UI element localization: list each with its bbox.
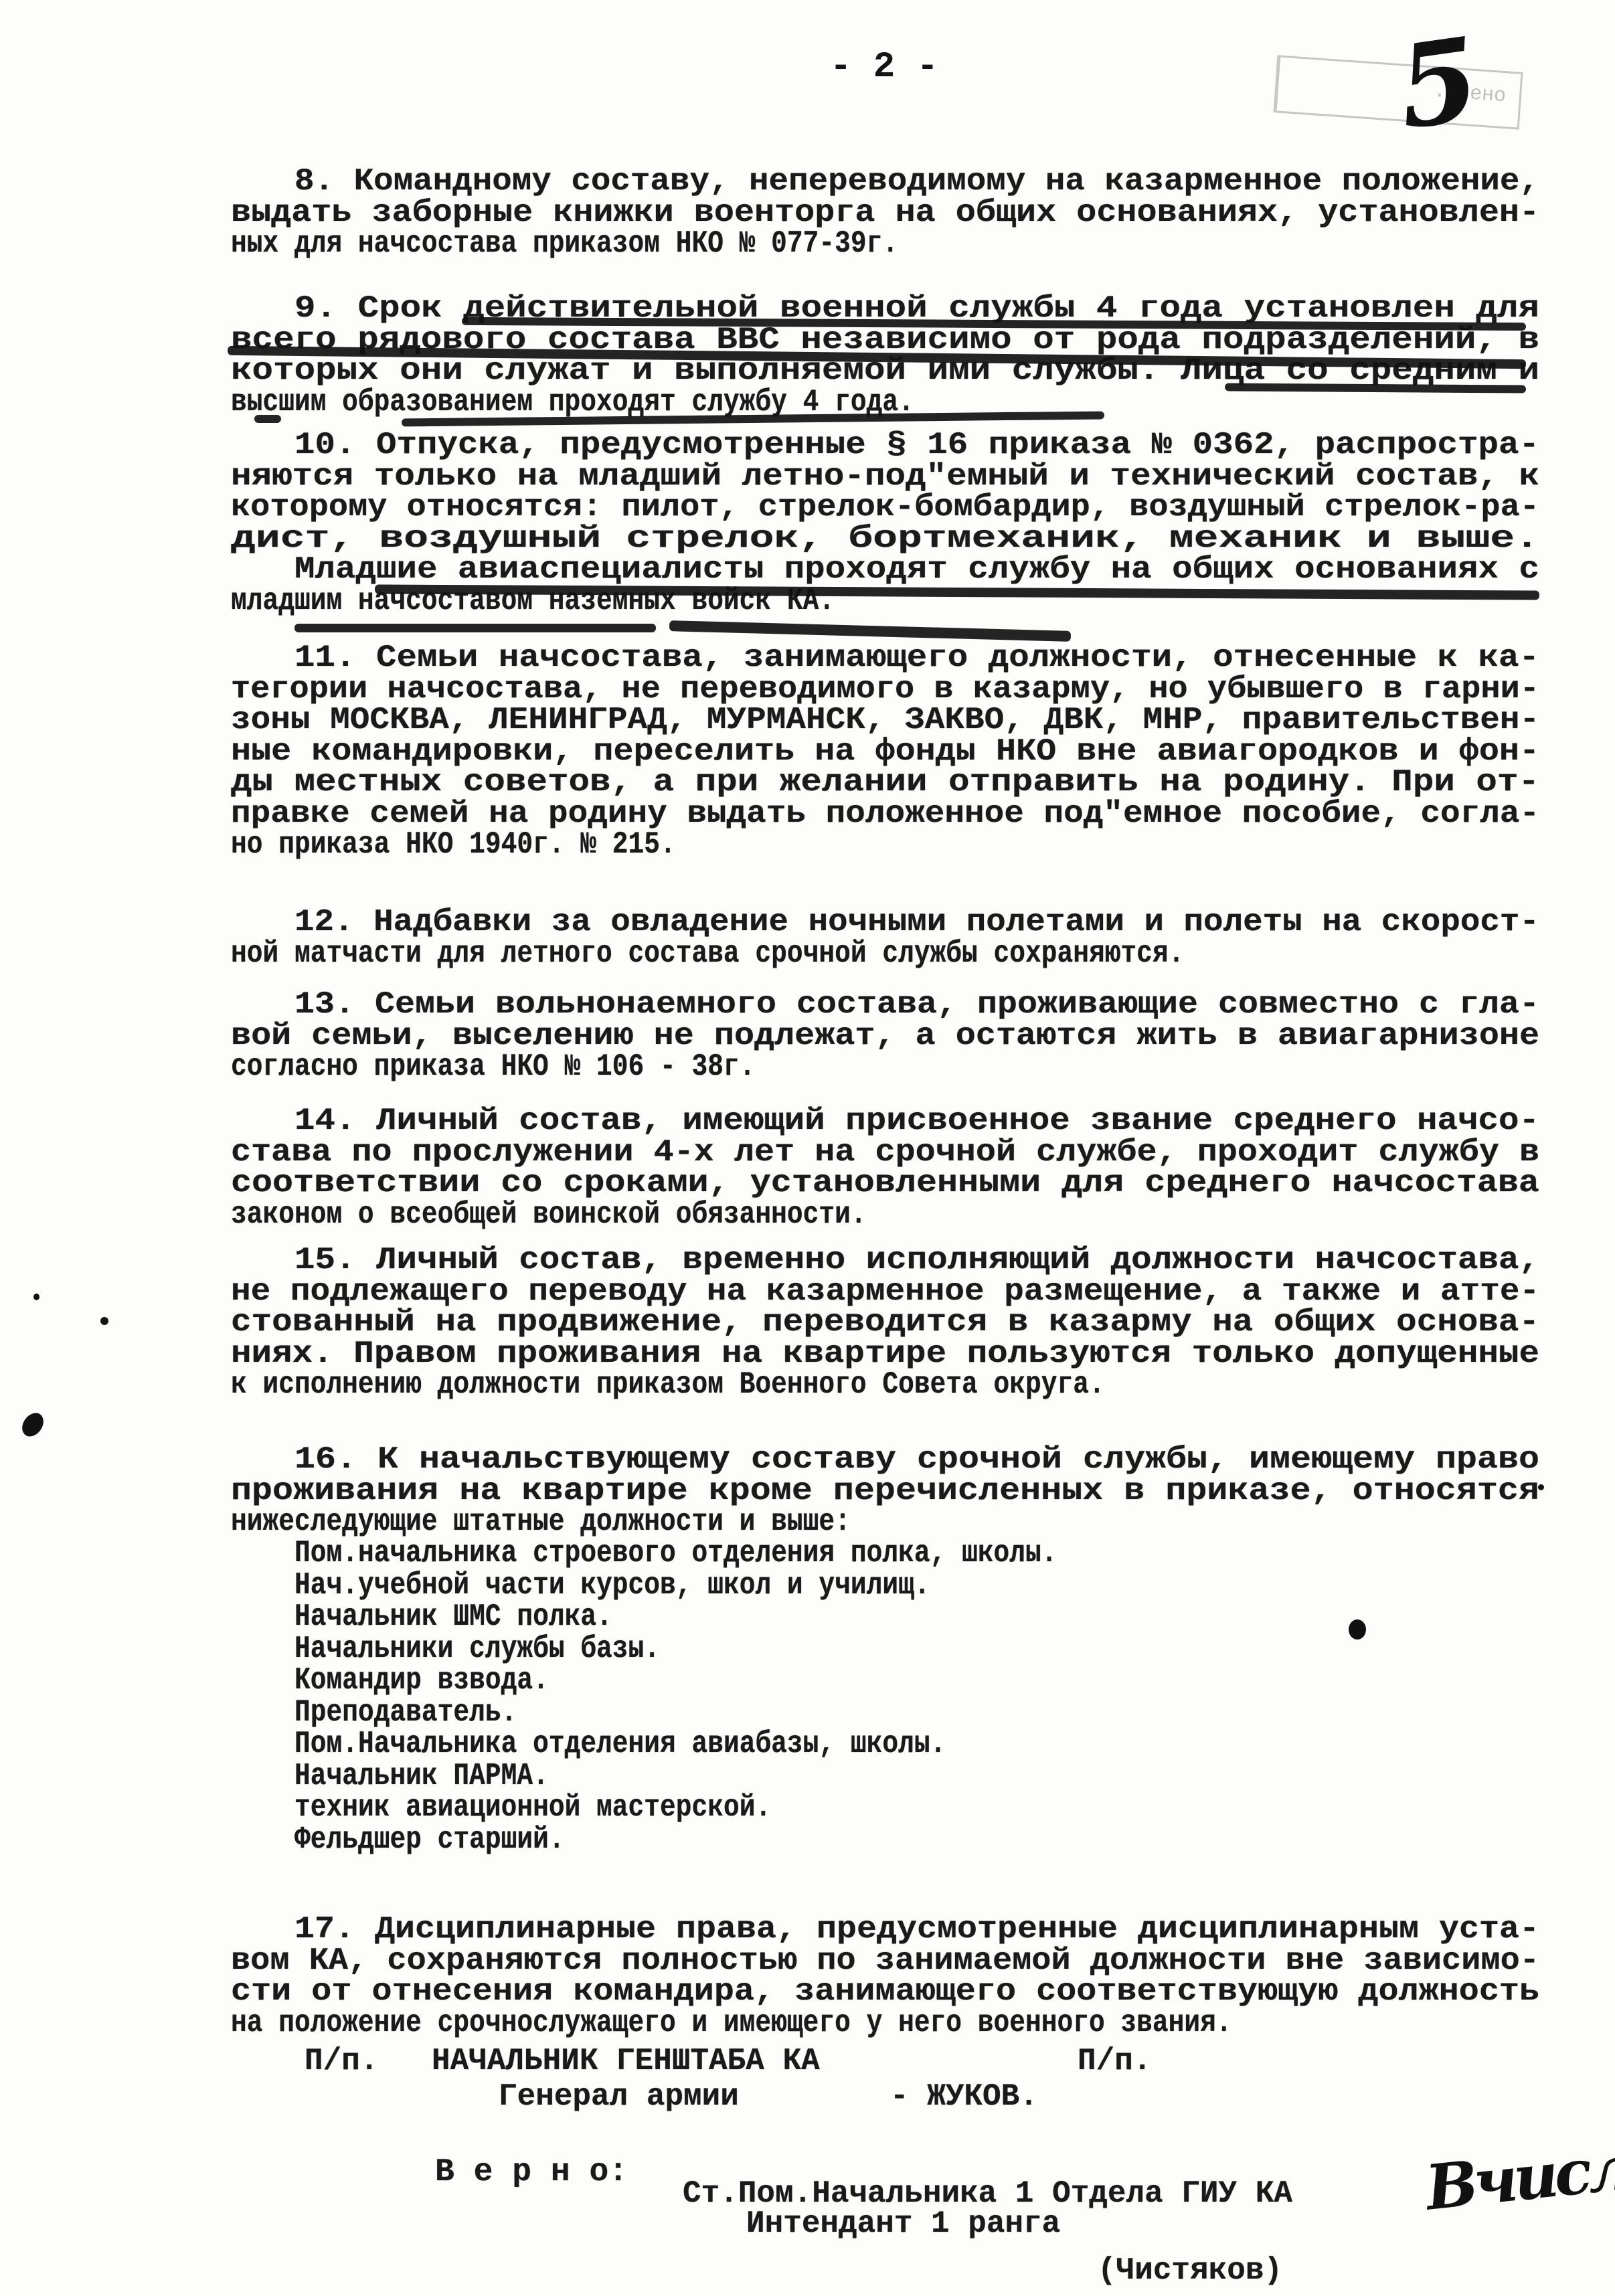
paragraph-11-line: тегории начсостава, не переводимого в ка… xyxy=(231,674,1539,705)
paragraph-11-line: правке семей на родину выдать положенное… xyxy=(231,798,1539,829)
paragraph-8-line: выдать заборные книжки военторга на общи… xyxy=(231,197,1539,228)
page-number: - 2 - xyxy=(830,47,938,88)
paragraph-13-line: вой семьи, выселению не подлежат, а оста… xyxy=(231,1021,1539,1051)
archive-sheet-number: 5 xyxy=(1391,22,1486,146)
paragraph-15-line: не подлежащего переводу на казарменное р… xyxy=(231,1276,1539,1307)
certified-label: В е р н о: xyxy=(435,2157,628,2188)
paragraph-10-line: дист, воздушный стрелок, бортмеханик, ме… xyxy=(231,523,1539,554)
ink-blot xyxy=(1538,1484,1544,1490)
paragraph-10-line: которому относятся: пилот, стрелок-бомба… xyxy=(231,492,1539,523)
paragraph-10-line: 10. Отпуска, предусмотренные § 16 приказ… xyxy=(294,430,1539,460)
paragraph-16-line: 16. К начальствующему составу срочной сл… xyxy=(294,1444,1539,1475)
paragraph-8-line: ных для начсостава приказом НКО № 077-39… xyxy=(231,228,898,259)
position-list-item: Командир взвода. xyxy=(294,1665,549,1696)
document-page: - 2 - ...ено 5 8. Командному составу, не… xyxy=(0,0,1615,2296)
signer-name: - ЖУКОВ. xyxy=(890,2081,1038,2112)
position-list-item: Начальник ПАРМА. xyxy=(294,1761,549,1791)
position-list-item: Нач.учебной части курсов, школ и училищ. xyxy=(294,1570,930,1601)
signer-title: НАЧАЛЬНИК ГЕНШТАБА КА xyxy=(432,2046,820,2077)
marker-underline xyxy=(1225,383,1526,393)
signer-rank: Генерал армии xyxy=(499,2081,739,2112)
paragraph-12-line: ной матчасти для летного состава срочной… xyxy=(231,938,1184,969)
marker-underline xyxy=(669,620,1071,642)
handwritten-signature: Вчисл xyxy=(1422,2131,1615,2224)
marker-underline xyxy=(254,415,281,423)
paragraph-14-line: соответствии со сроками, установленными … xyxy=(231,1168,1539,1199)
position-list-item: Пом.Начальника отделения авиабазы, школы… xyxy=(294,1729,946,1759)
paragraph-14-line: законом о всеобщей воинской обязанности. xyxy=(231,1199,867,1230)
paragraph-12-line: 12. Надбавки за овладение ночными полета… xyxy=(294,907,1539,938)
ink-blot xyxy=(100,1317,108,1325)
paragraph-16-line: нижеследующие штатные должности и выше: xyxy=(231,1506,851,1537)
paragraph-11-line: 11. Семьи начсостава, занимающего должно… xyxy=(294,642,1539,673)
paragraph-15-line: к исполнению должности приказом Военного… xyxy=(231,1369,1105,1400)
certifier-position: Ст.Пом.Начальника 1 Отдела ГИУ КА xyxy=(683,2178,1292,2209)
paragraph-11-line: зоны МОСКВА, ЛЕНИНГРАД, МУРМАНСК, ЗАКВО,… xyxy=(231,705,1539,735)
certifier-rank: Интендант 1 ранга xyxy=(746,2208,1060,2239)
ink-blot xyxy=(18,1409,48,1440)
paragraph-13-line: согласно приказа НКО № 106 - 38г. xyxy=(231,1051,755,1082)
paragraph-9-line: высшим образованием проходят службу 4 го… xyxy=(231,387,914,418)
marker-underline xyxy=(294,624,656,632)
ink-blot xyxy=(33,1294,39,1300)
paragraph-15-line: стованный на продвижение, переводится в … xyxy=(231,1307,1539,1338)
paragraph-17-line: сти от отнесения командира, занимающего … xyxy=(231,1976,1539,2007)
signed-mark-right: П/п. xyxy=(1078,2046,1151,2077)
paragraph-14-line: става по прослужении 4-х лет на срочной … xyxy=(231,1137,1539,1168)
paragraph-15-line: 15. Личный состав, временно исполняющий … xyxy=(294,1245,1539,1275)
paragraph-8-line: 8. Командному составу, непереводимому на… xyxy=(294,166,1539,197)
paragraph-17-line: 17. Дисциплинарные права, предусмотренны… xyxy=(294,1914,1539,1945)
paragraph-10-line: няются только на младший летно-под"емный… xyxy=(231,461,1539,492)
paragraph-17-line: на положение срочнослужащего и имеющего … xyxy=(231,2008,1232,2038)
paragraph-15-line: ниях. Правом проживания на квартире поль… xyxy=(231,1338,1539,1369)
paragraph-14-line: 14. Личный состав, имеющий присвоенное з… xyxy=(294,1106,1539,1136)
paragraph-11-line: ды местных советов, а при желании отправ… xyxy=(231,767,1539,798)
position-list-item: Начальник ШМС полка. xyxy=(294,1601,612,1632)
paragraph-13-line: 13. Семьи вольнонаемного состава, прожив… xyxy=(294,989,1539,1020)
paragraph-11-line: ные командировки, переселить на фонды НК… xyxy=(231,736,1539,767)
paragraph-11-line: но приказа НКО 1940г. № 215. xyxy=(231,829,676,860)
position-list-item: Начальники службы базы. xyxy=(294,1633,660,1664)
position-list-item: Преподаватель. xyxy=(294,1697,517,1728)
ink-blot xyxy=(1349,1619,1366,1640)
signed-mark-left: П/п. xyxy=(305,2046,378,2077)
certifier-name: (Чистяков) xyxy=(1098,2255,1282,2286)
paragraph-17-line: вом КА, сохраняются полностью по занимае… xyxy=(231,1945,1539,1976)
position-list-item: Фельдшер старший. xyxy=(294,1824,565,1855)
paragraph-16-line: проживания на квартире кроме перечисленн… xyxy=(231,1476,1539,1506)
paragraph-10-line: Младшие авиаспециалисты проходят службу … xyxy=(294,554,1539,585)
position-list-item: техник авиационной мастерской. xyxy=(294,1792,771,1823)
position-list-item: Пом.начальника строевого отделения полка… xyxy=(294,1538,1057,1569)
